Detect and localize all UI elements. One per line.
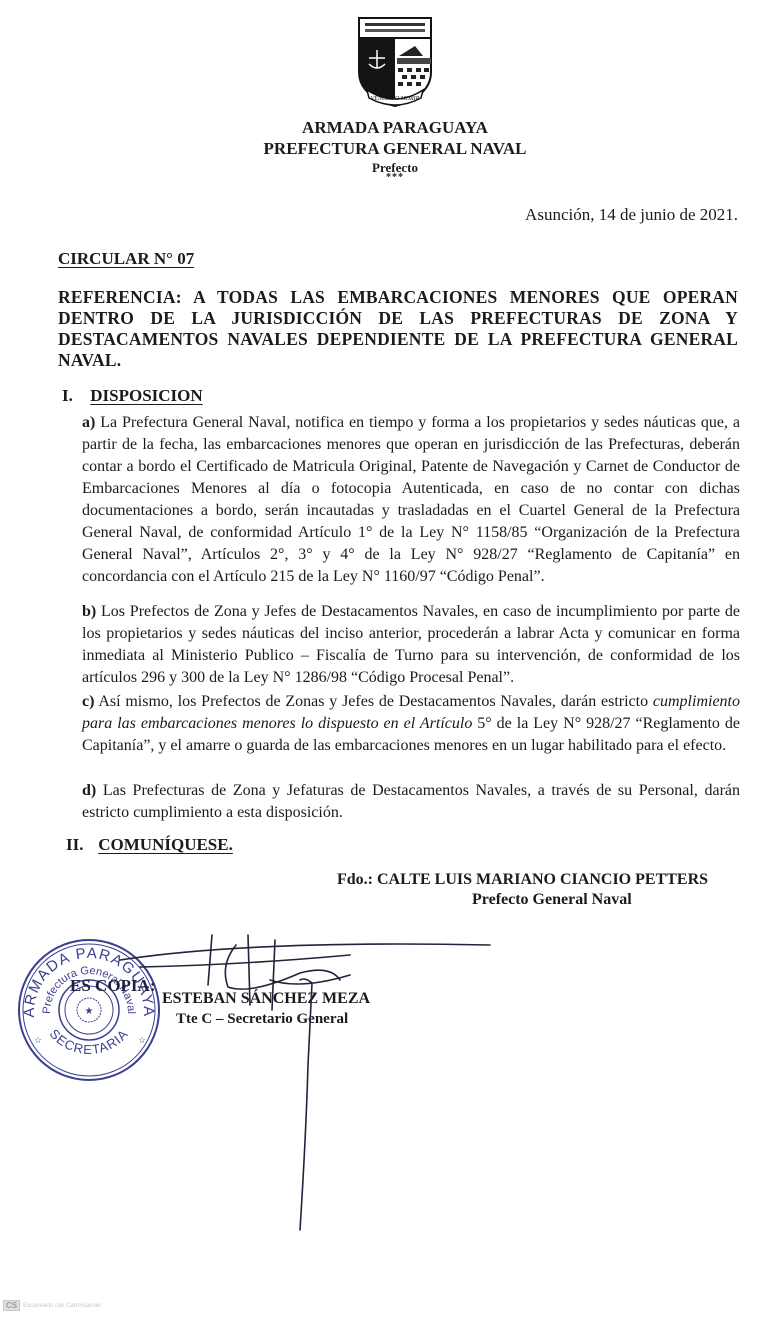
paragraph-label: d) [82, 782, 96, 799]
reference-text: REFERENCIA: A TODAS LAS EMBARCACIONES ME… [58, 287, 738, 371]
paragraph-label: c) [82, 693, 94, 710]
naval-crest-icon: VENCER O MORIR [357, 16, 433, 108]
header-dept: PREFECTURA GENERAL NAVAL [10, 139, 770, 159]
circular-number: CIRCULAR N° 07 [58, 249, 194, 269]
section-number: II. [66, 835, 94, 855]
svg-text:VENCER O MORIR: VENCER O MORIR [371, 96, 420, 102]
paragraph-a: a) La Prefectura General Naval, notifica… [82, 412, 740, 588]
document-date: Asunción, 14 de junio de 2021. [525, 205, 738, 225]
paragraph-label: a) [82, 414, 95, 431]
paragraph-b: b) Los Prefectos de Zona y Jefes de Dest… [82, 601, 740, 689]
svg-text:☆: ☆ [34, 1035, 42, 1045]
section-number: I. [62, 386, 86, 406]
section-title: COMUNÍQUESE. [98, 835, 233, 854]
paragraph-text: Los Prefectos de Zona y Jefes de Destaca… [82, 603, 740, 686]
camscanner-icon: CS [3, 1300, 20, 1311]
paragraph-text: Las Prefecturas de Zona y Jefaturas de D… [82, 782, 740, 821]
paragraph-text: La Prefectura General Naval, notifica en… [82, 414, 740, 585]
paragraph-text: Así mismo, los Prefectos de Zonas y Jefe… [98, 693, 653, 710]
paragraph-label: b) [82, 603, 96, 620]
paragraph-c: c) Así mismo, los Prefectos de Zonas y J… [82, 691, 740, 757]
handwritten-signature [100, 925, 500, 1235]
watermark-text: Escaneado con CamScanner [23, 1303, 101, 1309]
section-comuniquese-heading: II. COMUNÍQUESE. [66, 835, 233, 855]
paragraph-d: d) Las Prefecturas de Zona y Jefaturas d… [82, 780, 740, 824]
section-title: DISPOSICION [90, 386, 202, 405]
scanner-watermark: CSEscaneado con CamScanner [3, 1300, 101, 1311]
header-org: ARMADA PARAGUAYA [10, 118, 770, 138]
section-disposicion-heading: I. DISPOSICION [62, 386, 203, 406]
svg-text:★: ★ [85, 1006, 94, 1017]
signatory-title: Prefecto General Naval [472, 891, 632, 909]
header-stars: *** [10, 172, 770, 183]
signatory-name: Fdo.: CALTE LUIS MARIANO CIANCIO PETTERS [337, 871, 708, 889]
